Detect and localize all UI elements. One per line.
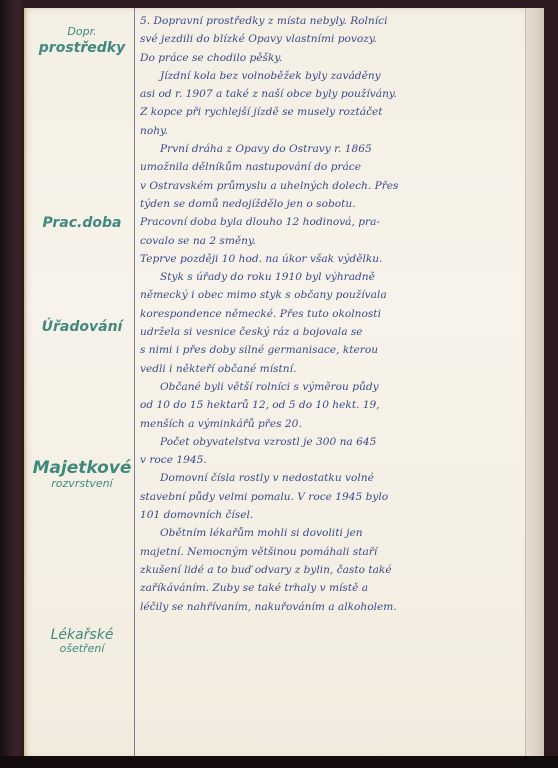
text-line: Styk s úřady do roku 1910 byl výhradně bbox=[140, 268, 520, 286]
text-line: korespondence německé. Přes tuto okolnos… bbox=[140, 305, 520, 323]
margin-label-line: Lékařské bbox=[30, 628, 134, 643]
text-line: své jezdili do blízké Opavy vlastními po… bbox=[140, 30, 520, 48]
handwritten-body: 5. Dopravní prostředky z místa nebyly. R… bbox=[140, 12, 520, 616]
text-line: týden se domů nedojíždělo jen o sobotu. bbox=[140, 195, 520, 213]
text-line: stavební půdy velmi pomalu. V roce 1945 … bbox=[140, 488, 520, 506]
text-line: Jízdní kola bez volnoběžek byly zaváděny bbox=[140, 67, 520, 85]
text-line: nohy. bbox=[140, 122, 520, 140]
text-line: Občané byli větší rolníci s výměrou půdy bbox=[140, 378, 520, 396]
text-line: od 10 do 15 hektarů 12, od 5 do 10 hekt.… bbox=[140, 396, 520, 414]
text-line: léčily se nahřívaním, nakuřováním a alko… bbox=[140, 598, 520, 616]
margin-label-medical: Lékařské ošetření bbox=[30, 628, 134, 654]
text-line: německý i obec mimo styk s občany použív… bbox=[140, 286, 520, 304]
text-line: zaříkáváním. Zuby se také trhaly v místě… bbox=[140, 579, 520, 597]
margin-label-line: prostředky bbox=[39, 40, 125, 56]
margin-label-administration: Úřadování bbox=[30, 320, 134, 335]
margin-label-property: Majetkové rozvrstvení bbox=[30, 460, 134, 489]
text-line: Teprve později 10 hod. na úkor však výdě… bbox=[140, 250, 520, 268]
page-edge bbox=[525, 8, 544, 758]
text-line: asi od r. 1907 a také z naší obce byly p… bbox=[140, 85, 520, 103]
text-line: První dráha z Opavy do Ostravy r. 1865 bbox=[140, 140, 520, 158]
cover-bottom-edge bbox=[0, 756, 558, 768]
margin-label-working-hours: Prac.doba bbox=[30, 216, 134, 231]
text-line: covalo se na 2 směny. bbox=[140, 232, 520, 250]
margin-label-line: Majetkové bbox=[30, 460, 134, 478]
margin-label-line: Prac.doba bbox=[30, 216, 134, 231]
text-line: majetní. Nemocným většinou pomáhali stař… bbox=[140, 543, 520, 561]
margin-label-line: ošetření bbox=[30, 643, 134, 655]
text-line: v Ostravském průmyslu a uhelných dolech.… bbox=[140, 177, 520, 195]
notebook-page: Dopr. prostředky Prac.doba Úřadování Maj… bbox=[24, 8, 544, 758]
text-line: 101 domovních čísel. bbox=[140, 506, 520, 524]
text-line: Do práce se chodilo pěšky. bbox=[140, 49, 520, 67]
text-line: Obětním lékařům mohli si dovoliti jen bbox=[140, 524, 520, 542]
margin-label-line: rozvrstvení bbox=[30, 478, 134, 490]
text-line: 5. Dopravní prostředky z místa nebyly. R… bbox=[140, 12, 520, 30]
text-line: Počet obyvatelstva vzrostl je 300 na 645 bbox=[140, 433, 520, 451]
text-line: Domovní čísla rostly v nedostatku volné bbox=[140, 469, 520, 487]
text-line: vedli i někteří občané místní. bbox=[140, 360, 520, 378]
text-line: zkušení lidé a to buď odvary z bylin, ča… bbox=[140, 561, 520, 579]
text-line: menších a výminkářů přes 20. bbox=[140, 415, 520, 433]
text-line: Z kopce při rychlejší jízdě se musely ro… bbox=[140, 103, 520, 121]
text-line: Pracovní doba byla dlouho 12 hodinová, p… bbox=[140, 213, 520, 231]
text-line: s nimi i přes doby silné germanisace, kt… bbox=[140, 341, 520, 359]
margin-label-transport: Dopr. prostředky bbox=[30, 22, 134, 56]
margin-rule bbox=[134, 8, 135, 758]
text-line: v roce 1945. bbox=[140, 451, 520, 469]
margin-label-line: Dopr. bbox=[67, 25, 96, 38]
margin-label-line: Úřadování bbox=[30, 320, 134, 335]
text-line: umožnila dělníkům nastupování do práce bbox=[140, 158, 520, 176]
text-line: udržela si vesnice český ráz a bojovala … bbox=[140, 323, 520, 341]
